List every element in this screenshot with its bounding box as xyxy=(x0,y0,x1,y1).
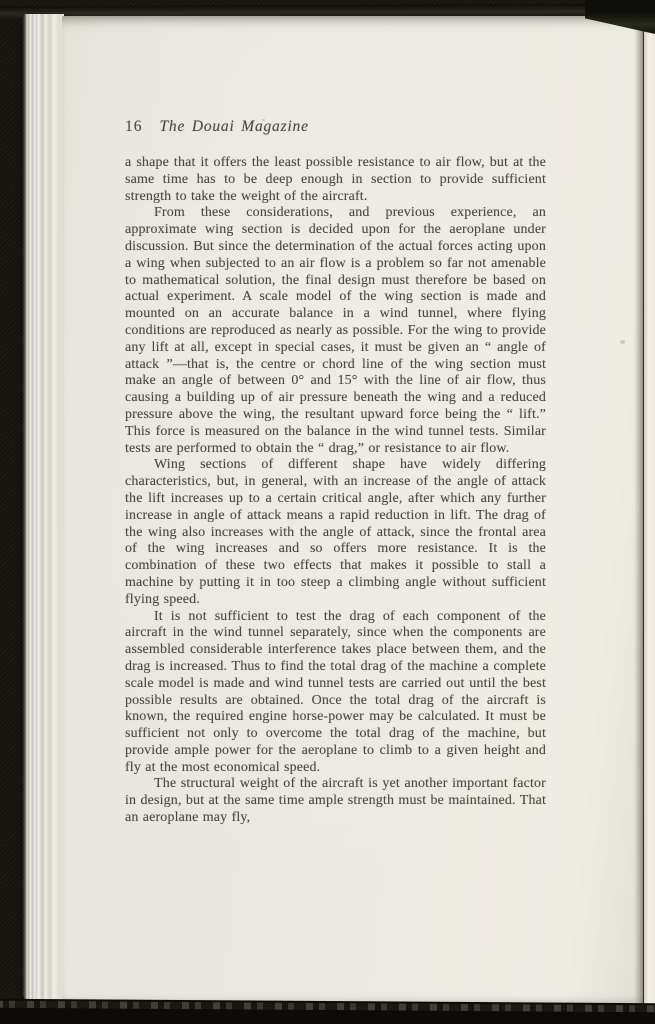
paper-blemish xyxy=(620,340,625,344)
page-header: 16 The Douai Magazine xyxy=(125,118,546,136)
page-number: 16 xyxy=(125,118,143,136)
page-text-column: 16 The Douai Magazine a shape that it of… xyxy=(125,118,546,827)
paragraph-continuation: a shape that it offers the least possibl… xyxy=(125,155,546,205)
adjacent-page-edge xyxy=(644,24,655,1010)
paragraph: The structural weight of the aircraft is… xyxy=(125,776,546,826)
paragraph: From these considerations, and previous … xyxy=(125,205,546,457)
page-edge-stack xyxy=(22,14,64,1006)
running-title: The Douai Magazine xyxy=(160,118,309,136)
gutter-shadow xyxy=(634,16,644,1004)
book-page: 16 The Douai Magazine a shape that it of… xyxy=(62,16,643,1004)
paragraph: Wing sections of different shape have wi… xyxy=(125,457,546,608)
paper-blemish xyxy=(262,119,265,121)
paragraph: It is not sufficient to test the drag of… xyxy=(125,609,546,777)
scanned-book-photo: 16 The Douai Magazine a shape that it of… xyxy=(0,0,655,1024)
book-cover-bottom-edge xyxy=(0,999,655,1024)
